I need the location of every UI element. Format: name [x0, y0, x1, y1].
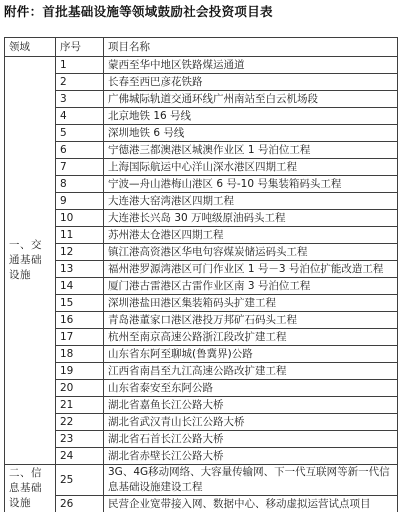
project-name-cell: 上海国际航运中心洋山深水港区四期工程	[104, 159, 398, 176]
project-name-cell: 江西省南昌至九江高速公路改扩建工程	[104, 363, 398, 380]
page-title: 附件：首批基础设施等领域鼓励社会投资项目表	[0, 0, 400, 19]
project-number-cell: 14	[56, 278, 104, 295]
table-row: 5深圳地铁 6 号线	[5, 125, 398, 142]
table-row: 6宁德港三都澳港区城澳作业区 1 号泊位工程	[5, 142, 398, 159]
document-page: 附件：首批基础设施等领域鼓励社会投资项目表 领域 序号 项目名称 一、交通基础设…	[0, 0, 400, 512]
project-name-cell: 青岛港董家口港区港投万邦矿石码头工程	[104, 312, 398, 329]
project-number-cell: 13	[56, 261, 104, 278]
column-header-number: 序号	[56, 38, 104, 57]
table-row: 13福州港罗源湾港区可门作业区 1 号－3 号泊位扩能改造工程	[5, 261, 398, 278]
column-header-name: 项目名称	[104, 38, 398, 57]
project-number-cell: 25	[56, 465, 104, 496]
table-row: 24湖北省赤壁长江公路大桥	[5, 448, 398, 465]
project-number-cell: 6	[56, 142, 104, 159]
project-name-cell: 深圳地铁 6 号线	[104, 125, 398, 142]
project-name-cell: 湖北省嘉鱼长江公路大桥	[104, 397, 398, 414]
project-name-cell: 蒙西至华中地区铁路煤运通道	[104, 57, 398, 74]
project-number-cell: 21	[56, 397, 104, 414]
table-row: 14厦门港古雷港区古雷作业区南 3 号泊位工程	[5, 278, 398, 295]
project-name-cell: 苏州港太仓港区四期工程	[104, 227, 398, 244]
table-row: 15深圳港盐田港区集装箱码头扩建工程	[5, 295, 398, 312]
table-row: 12镇江港高资港区华电句容煤炭储运码头工程	[5, 244, 398, 261]
project-number-cell: 26	[56, 496, 104, 512]
table-row: 18山东省东阿至聊城(鲁冀界)公路	[5, 346, 398, 363]
table-row: 3广佛城际轨道交通环线广州南站至白云机场段	[5, 91, 398, 108]
table-row: 16青岛港董家口港区港投万邦矿石码头工程	[5, 312, 398, 329]
project-number-cell: 8	[56, 176, 104, 193]
table-row: 21湖北省嘉鱼长江公路大桥	[5, 397, 398, 414]
table-row: 17杭州至南京高速公路浙江段改扩建工程	[5, 329, 398, 346]
project-name-cell: 长春至西巴彦花铁路	[104, 74, 398, 91]
table-row: 二、信息基础设施253G、4G移动网络、大容量传输网、下一代互联网等新一代信息基…	[5, 465, 398, 496]
section-label: 一、交通基础设施	[5, 57, 56, 465]
table-row: 8宁波—舟山港梅山港区 6 号-10 号集装箱码头工程	[5, 176, 398, 193]
project-number-cell: 3	[56, 91, 104, 108]
project-number-cell: 15	[56, 295, 104, 312]
table-row: 11苏州港太仓港区四期工程	[5, 227, 398, 244]
project-number-cell: 4	[56, 108, 104, 125]
project-number-cell: 12	[56, 244, 104, 261]
table-row: 4北京地铁 16 号线	[5, 108, 398, 125]
project-name-cell: 山东省东阿至聊城(鲁冀界)公路	[104, 346, 398, 363]
table-row: 23湖北省石首长江公路大桥	[5, 431, 398, 448]
project-number-cell: 11	[56, 227, 104, 244]
project-number-cell: 10	[56, 210, 104, 227]
project-name-cell: 厦门港古雷港区古雷作业区南 3 号泊位工程	[104, 278, 398, 295]
project-name-cell: 大连港大窑湾港区四期工程	[104, 193, 398, 210]
project-number-cell: 20	[56, 380, 104, 397]
table-row: 9大连港大窑湾港区四期工程	[5, 193, 398, 210]
project-name-cell: 福州港罗源湾港区可门作业区 1 号－3 号泊位扩能改造工程	[104, 261, 398, 278]
table-row: 7上海国际航运中心洋山深水港区四期工程	[5, 159, 398, 176]
project-name-cell: 湖北省武汉青山长江公路大桥	[104, 414, 398, 431]
project-name-cell: 北京地铁 16 号线	[104, 108, 398, 125]
project-number-cell: 23	[56, 431, 104, 448]
project-name-cell: 宁波—舟山港梅山港区 6 号-10 号集装箱码头工程	[104, 176, 398, 193]
table-row: 2长春至西巴彦花铁路	[5, 74, 398, 91]
project-name-cell: 湖北省石首长江公路大桥	[104, 431, 398, 448]
table-row: 一、交通基础设施1蒙西至华中地区铁路煤运通道	[5, 57, 398, 74]
project-number-cell: 5	[56, 125, 104, 142]
project-number-cell: 19	[56, 363, 104, 380]
project-number-cell: 9	[56, 193, 104, 210]
column-header-field: 领域	[5, 38, 56, 57]
projects-table-body: 一、交通基础设施1蒙西至华中地区铁路煤运通道2长春至西巴彦花铁路3广佛城际轨道交…	[5, 57, 398, 512]
table-row: 19江西省南昌至九江高速公路改扩建工程	[5, 363, 398, 380]
project-name-cell: 深圳港盐田港区集装箱码头扩建工程	[104, 295, 398, 312]
project-number-cell: 22	[56, 414, 104, 431]
section-label: 二、信息基础设施	[5, 465, 56, 512]
project-name-cell: 民营企业宽带接入网、数据中心、移动虚拟运营试点项目	[104, 496, 398, 512]
project-name-cell: 广佛城际轨道交通环线广州南站至白云机场段	[104, 91, 398, 108]
project-name-cell: 大连港长兴岛 30 万吨级原油码头工程	[104, 210, 398, 227]
project-number-cell: 2	[56, 74, 104, 91]
table-row: 26民营企业宽带接入网、数据中心、移动虚拟运营试点项目	[5, 496, 398, 512]
projects-table: 领域 序号 项目名称 一、交通基础设施1蒙西至华中地区铁路煤运通道2长春至西巴彦…	[4, 37, 398, 512]
project-number-cell: 7	[56, 159, 104, 176]
project-number-cell: 16	[56, 312, 104, 329]
project-name-cell: 湖北省赤壁长江公路大桥	[104, 448, 398, 465]
project-number-cell: 1	[56, 57, 104, 74]
project-number-cell: 17	[56, 329, 104, 346]
project-name-cell: 宁德港三都澳港区城澳作业区 1 号泊位工程	[104, 142, 398, 159]
table-row: 22湖北省武汉青山长江公路大桥	[5, 414, 398, 431]
project-name-cell: 3G、4G移动网络、大容量传输网、下一代互联网等新一代信息基础设施建设工程	[104, 465, 398, 496]
table-header: 领域 序号 项目名称	[5, 38, 398, 57]
table-header-row: 领域 序号 项目名称	[5, 38, 398, 57]
project-number-cell: 18	[56, 346, 104, 363]
project-name-cell: 山东省泰安至东阿公路	[104, 380, 398, 397]
table-row: 10大连港长兴岛 30 万吨级原油码头工程	[5, 210, 398, 227]
project-name-cell: 杭州至南京高速公路浙江段改扩建工程	[104, 329, 398, 346]
project-name-cell: 镇江港高资港区华电句容煤炭储运码头工程	[104, 244, 398, 261]
table-row: 20山东省泰安至东阿公路	[5, 380, 398, 397]
project-number-cell: 24	[56, 448, 104, 465]
